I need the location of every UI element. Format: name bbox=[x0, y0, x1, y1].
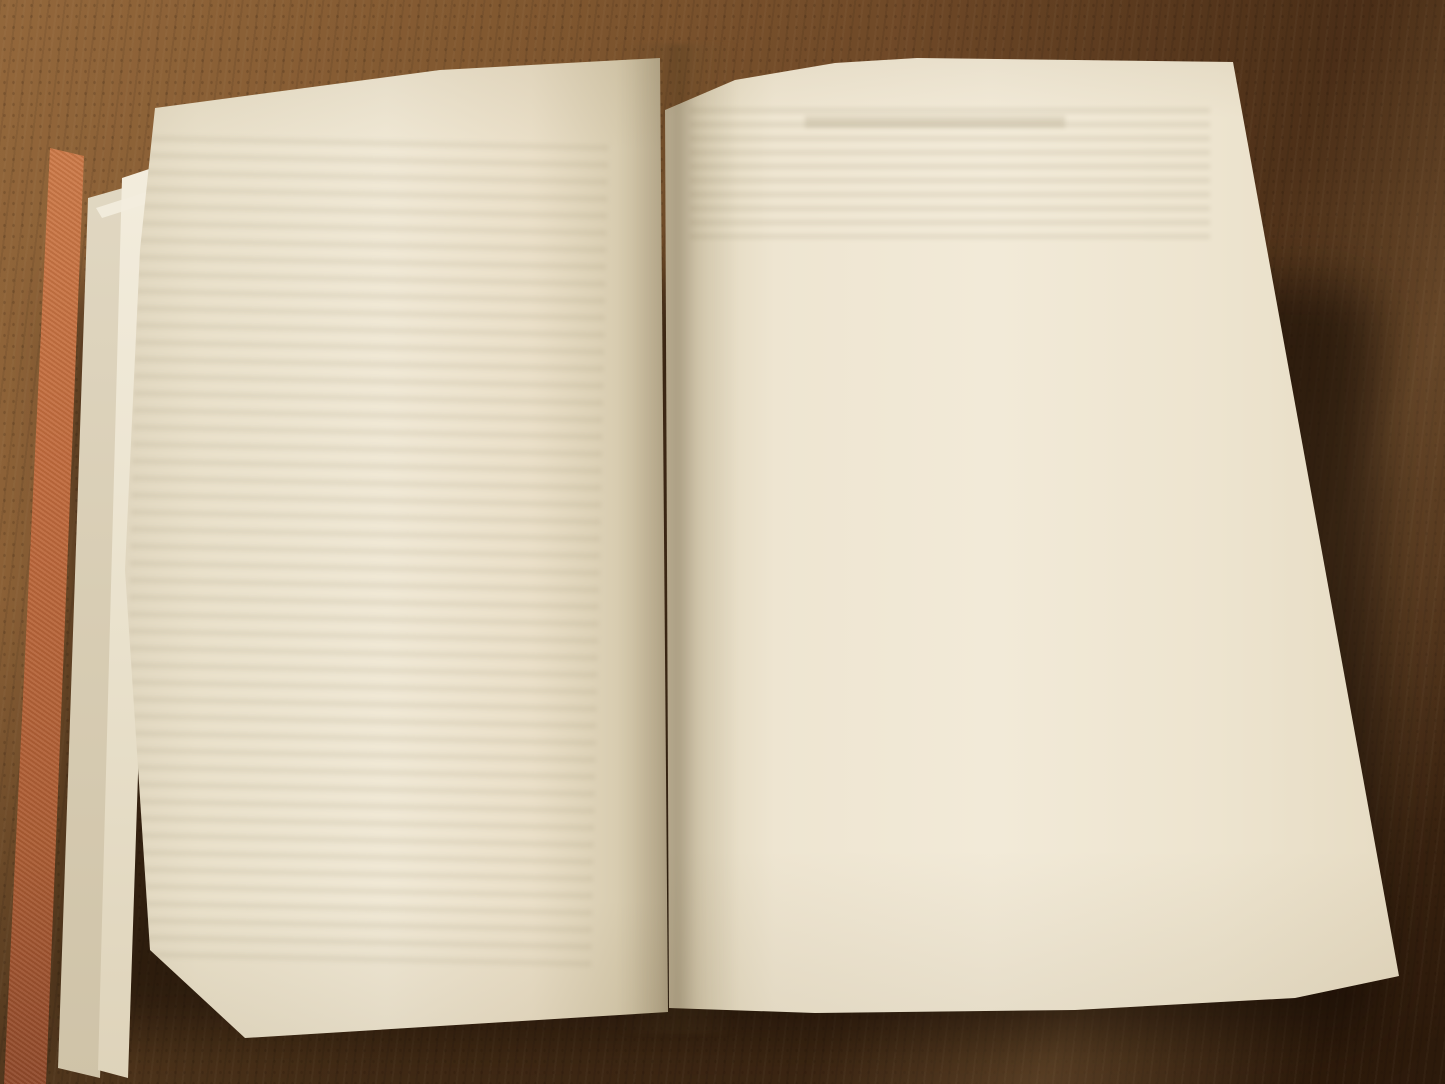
show-through-running-head bbox=[805, 116, 1065, 128]
show-through-text-left-page bbox=[121, 135, 608, 975]
photo-of-open-book: { "scene": { "colors": { "paper": "#f0e8… bbox=[0, 0, 1445, 1084]
